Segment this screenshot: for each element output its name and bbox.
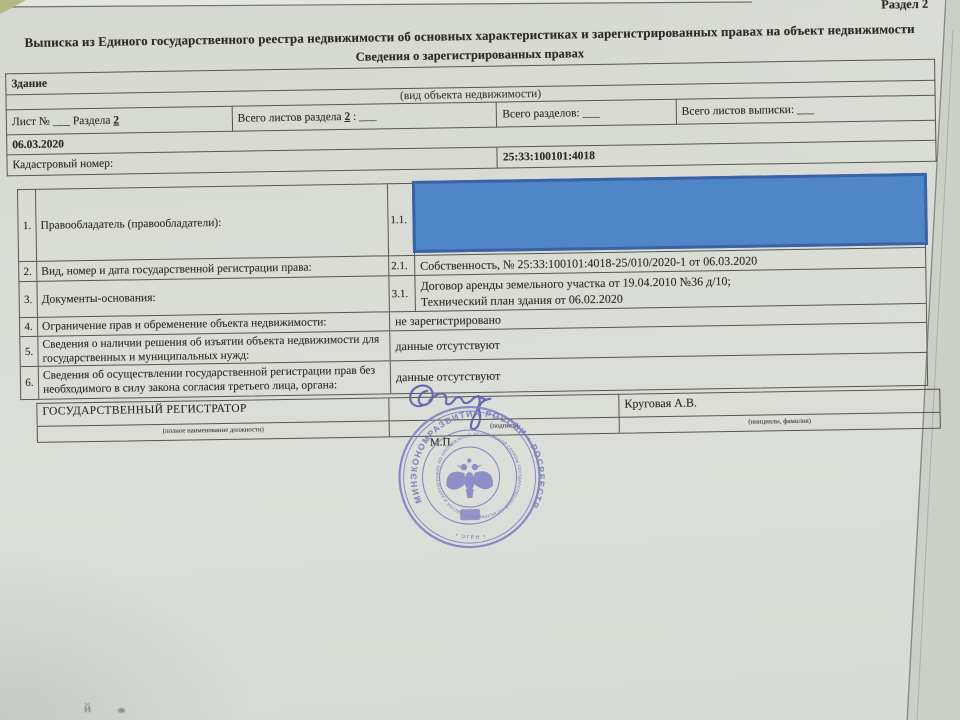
svg-text:• ОГРН •: • ОГРН • [455, 532, 488, 541]
row-value [414, 176, 925, 255]
value-number: 3.1. [389, 276, 416, 311]
sections-total-label: Всего разделов: [502, 107, 580, 120]
row-number: 5. [20, 337, 38, 366]
row-number: 4. [20, 318, 38, 336]
row-number: 3. [19, 282, 38, 317]
rights-table: 1. Правообладатель (правообладатели): 1.… [17, 175, 928, 400]
redaction-overlay [412, 173, 928, 253]
sheets-in-section-number: 2 [344, 111, 350, 123]
paper-stack-strip [0, 0, 752, 7]
sign-caption: (подпись) [390, 417, 620, 437]
stamp-center-ring [439, 447, 500, 508]
document-page: Раздел 2 Выписка из Единого государствен… [4, 15, 943, 590]
sheets-total-blank: ___ [797, 104, 814, 116]
value-number: 1.1. [388, 184, 415, 255]
section-label: Раздел 2 [881, 0, 928, 13]
sheet-number-cell: Лист № ___ Раздела 2 [6, 106, 232, 135]
sections-total-blank: ___ [582, 107, 599, 119]
sheet-label: Лист № [12, 116, 50, 129]
rights-row: 1. Правообладатель (правообладатели): 1.… [18, 176, 925, 261]
sheet-section-number: 2 [113, 115, 119, 127]
sheet-blank: ___ [53, 115, 70, 127]
cutoff-text-fragment: й [84, 700, 91, 716]
double-headed-eagle-emblem [446, 458, 493, 498]
cutoff-text-mark [118, 708, 125, 713]
stamp-place-label: М.П. [430, 436, 453, 448]
sheets-in-section-blank: : ___ [353, 111, 377, 123]
row-label: Сведения о наличии решения об изъятии об… [38, 331, 390, 366]
sections-total-cell: Всего разделов: ___ [497, 99, 677, 127]
row-number: 2. [19, 262, 37, 281]
sheets-in-section-label: Всего листов раздела [238, 111, 342, 125]
row-label: Правообладатель (правообладатели): [36, 184, 389, 261]
table-corner [0, 0, 26, 14]
info-table: Здание (вид объекта недвижимости) Лист №… [5, 59, 937, 177]
paper-top-edge-line [0, 2, 752, 7]
row-label: Документы-основания: [37, 276, 390, 317]
photo-background: Раздел 2 Выписка из Единого государствен… [0, 0, 960, 720]
sheets-total-label: Всего листов выписки: [682, 104, 795, 118]
value-number: 2.1. [389, 256, 415, 275]
row-label: Сведения об осуществлении государственно… [39, 361, 391, 399]
row-number: 6. [21, 367, 40, 399]
sheet-of-section: Раздела [73, 115, 111, 128]
stamp-bottom-text: • ОГРН • [455, 532, 488, 541]
row-number: 1. [18, 190, 37, 261]
stamp-bottom-plate [460, 509, 480, 520]
